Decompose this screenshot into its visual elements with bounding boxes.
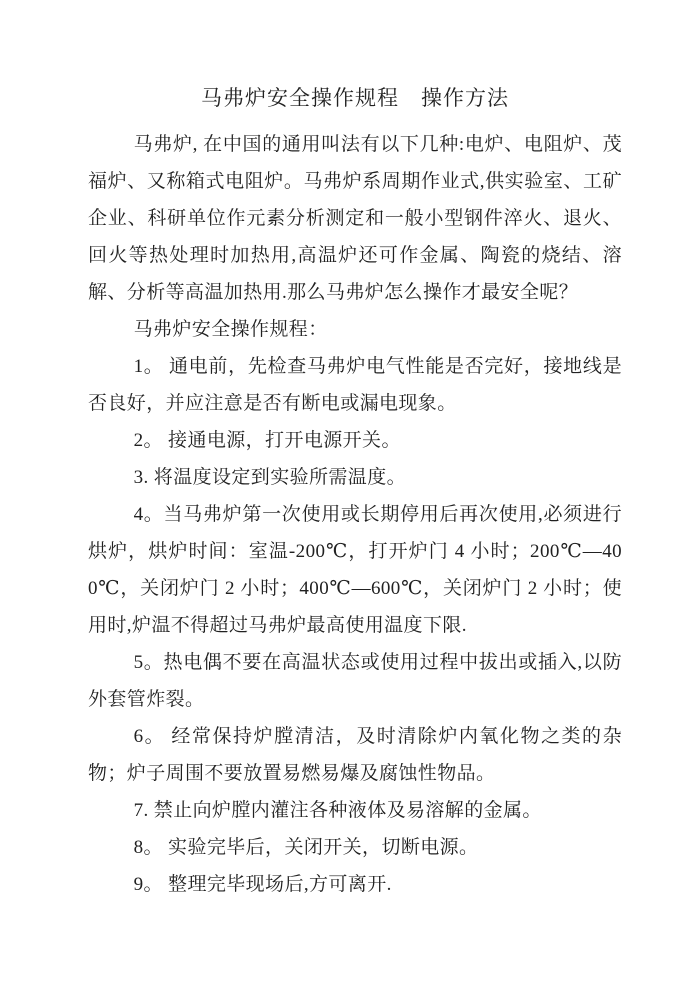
list-item-5: 5。热电偶不要在高温状态或使用过程中拔出或插入,以防外套管炸裂。 [88,644,622,718]
list-item-1: 1。 通电前，先检查马弗炉电气性能是否完好，接地线是否良好，并应注意是否有断电或… [88,348,622,422]
list-item-7: 7. 禁止向炉膛内灌注各种液体及易溶解的金属。 [88,792,622,829]
document-title: 马弗炉安全操作规程 操作方法 [88,82,622,114]
list-item-9: 9。 整理完毕现场后,方可离开. [88,866,622,903]
list-item-4: 4。当马弗炉第一次使用或长期停用后再次使用,必须进行烘炉，烘炉时间：室温-200… [88,496,622,644]
section-heading: 马弗炉安全操作规程： [88,311,622,348]
document-page: 马弗炉安全操作规程 操作方法 马弗炉, 在中国的通用叫法有以下几种:电炉、电阻炉… [0,0,700,990]
list-item-6: 6。 经常保持炉膛清洁，及时清除炉内氧化物之类的杂物；炉子周围不要放置易燃易爆及… [88,718,622,792]
list-item-2: 2。 接通电源，打开电源开关。 [88,422,622,459]
list-item-8: 8。 实验完毕后，关闭开关，切断电源。 [88,829,622,866]
list-item-3: 3. 将温度设定到实验所需温度。 [88,459,622,496]
intro-paragraph: 马弗炉, 在中国的通用叫法有以下几种:电炉、电阻炉、茂福炉、又称箱式电阻炉。马弗… [88,126,622,311]
document-body: 马弗炉安全操作规程 操作方法 马弗炉, 在中国的通用叫法有以下几种:电炉、电阻炉… [88,82,622,903]
